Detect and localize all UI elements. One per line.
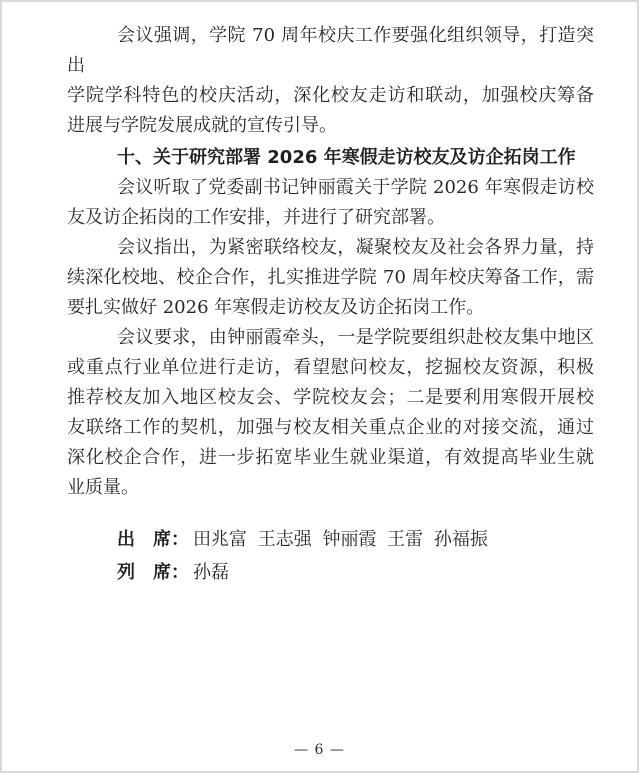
- document-body: 会议强调，学院 70 周年校庆工作要强化组织领导，打造突出 学院学科特色的校庆活…: [67, 21, 594, 589]
- paragraph-line: 续深化校地、校企合作，扎实推进学院 70 周年校庆筹备工作，需: [67, 263, 594, 293]
- attendance-observer-row: 列 席：孙磊: [117, 556, 594, 589]
- paragraph-line: 或重点行业单位进行走访，看望慰问校友，挖掘校友资源，积极: [67, 353, 594, 383]
- paragraph-line: 会议指出，为紧密联络校友，凝聚校友及社会各界力量，持: [67, 233, 594, 263]
- paragraph-line: 要扎实做好 2026 年寒假走访校友及访企拓岗工作。: [67, 293, 594, 323]
- paragraph-line: 推荐校友加入地区校友会、学院校友会；二是要利用寒假开展校: [67, 383, 594, 413]
- observer-label: 列 席：: [117, 562, 189, 583]
- attendance-present-row: 出 席：田兆富 王志强 钟丽霞 王雷 孙福振: [117, 523, 594, 556]
- attendance-section: 出 席：田兆富 王志强 钟丽霞 王雷 孙福振 列 席：孙磊: [67, 523, 594, 589]
- section-heading: 十、关于研究部署 2026 年寒假走访校友及访企拓岗工作: [67, 143, 594, 173]
- paragraph-line: 进展与学院发展成就的宣传引导。: [67, 111, 594, 141]
- document-page: 会议强调，学院 70 周年校庆工作要强化组织领导，打造突出 学院学科特色的校庆活…: [0, 0, 639, 773]
- paragraph-line: 会议听取了党委副书记钟丽霞关于学院 2026 年寒假走访校: [67, 173, 594, 203]
- present-names: 田兆富 王志强 钟丽霞 王雷 孙福振: [193, 529, 488, 550]
- paragraph-line: 友及访企拓岗的工作安排，并进行了研究部署。: [67, 203, 594, 233]
- present-label: 出 席：: [117, 529, 189, 550]
- paragraph-line: 业质量。: [67, 473, 594, 503]
- paragraph-line: 学院学科特色的校庆活动，深化校友走访和联动，加强校庆筹备: [67, 81, 594, 111]
- page-number: — 6 —: [2, 743, 637, 757]
- paragraph-line: 会议要求，由钟丽霞牵头，一是学院要组织赴校友集中地区: [67, 323, 594, 353]
- paragraph-line: 友联络工作的契机，加强与校友相关重点企业的对接交流，通过: [67, 413, 594, 443]
- observer-names: 孙磊: [193, 562, 229, 583]
- paragraph-line: 会议强调，学院 70 周年校庆工作要强化组织领导，打造突出: [67, 21, 594, 81]
- paragraph-line: 深化校企合作，进一步拓宽毕业生就业渠道，有效提高毕业生就: [67, 443, 594, 473]
